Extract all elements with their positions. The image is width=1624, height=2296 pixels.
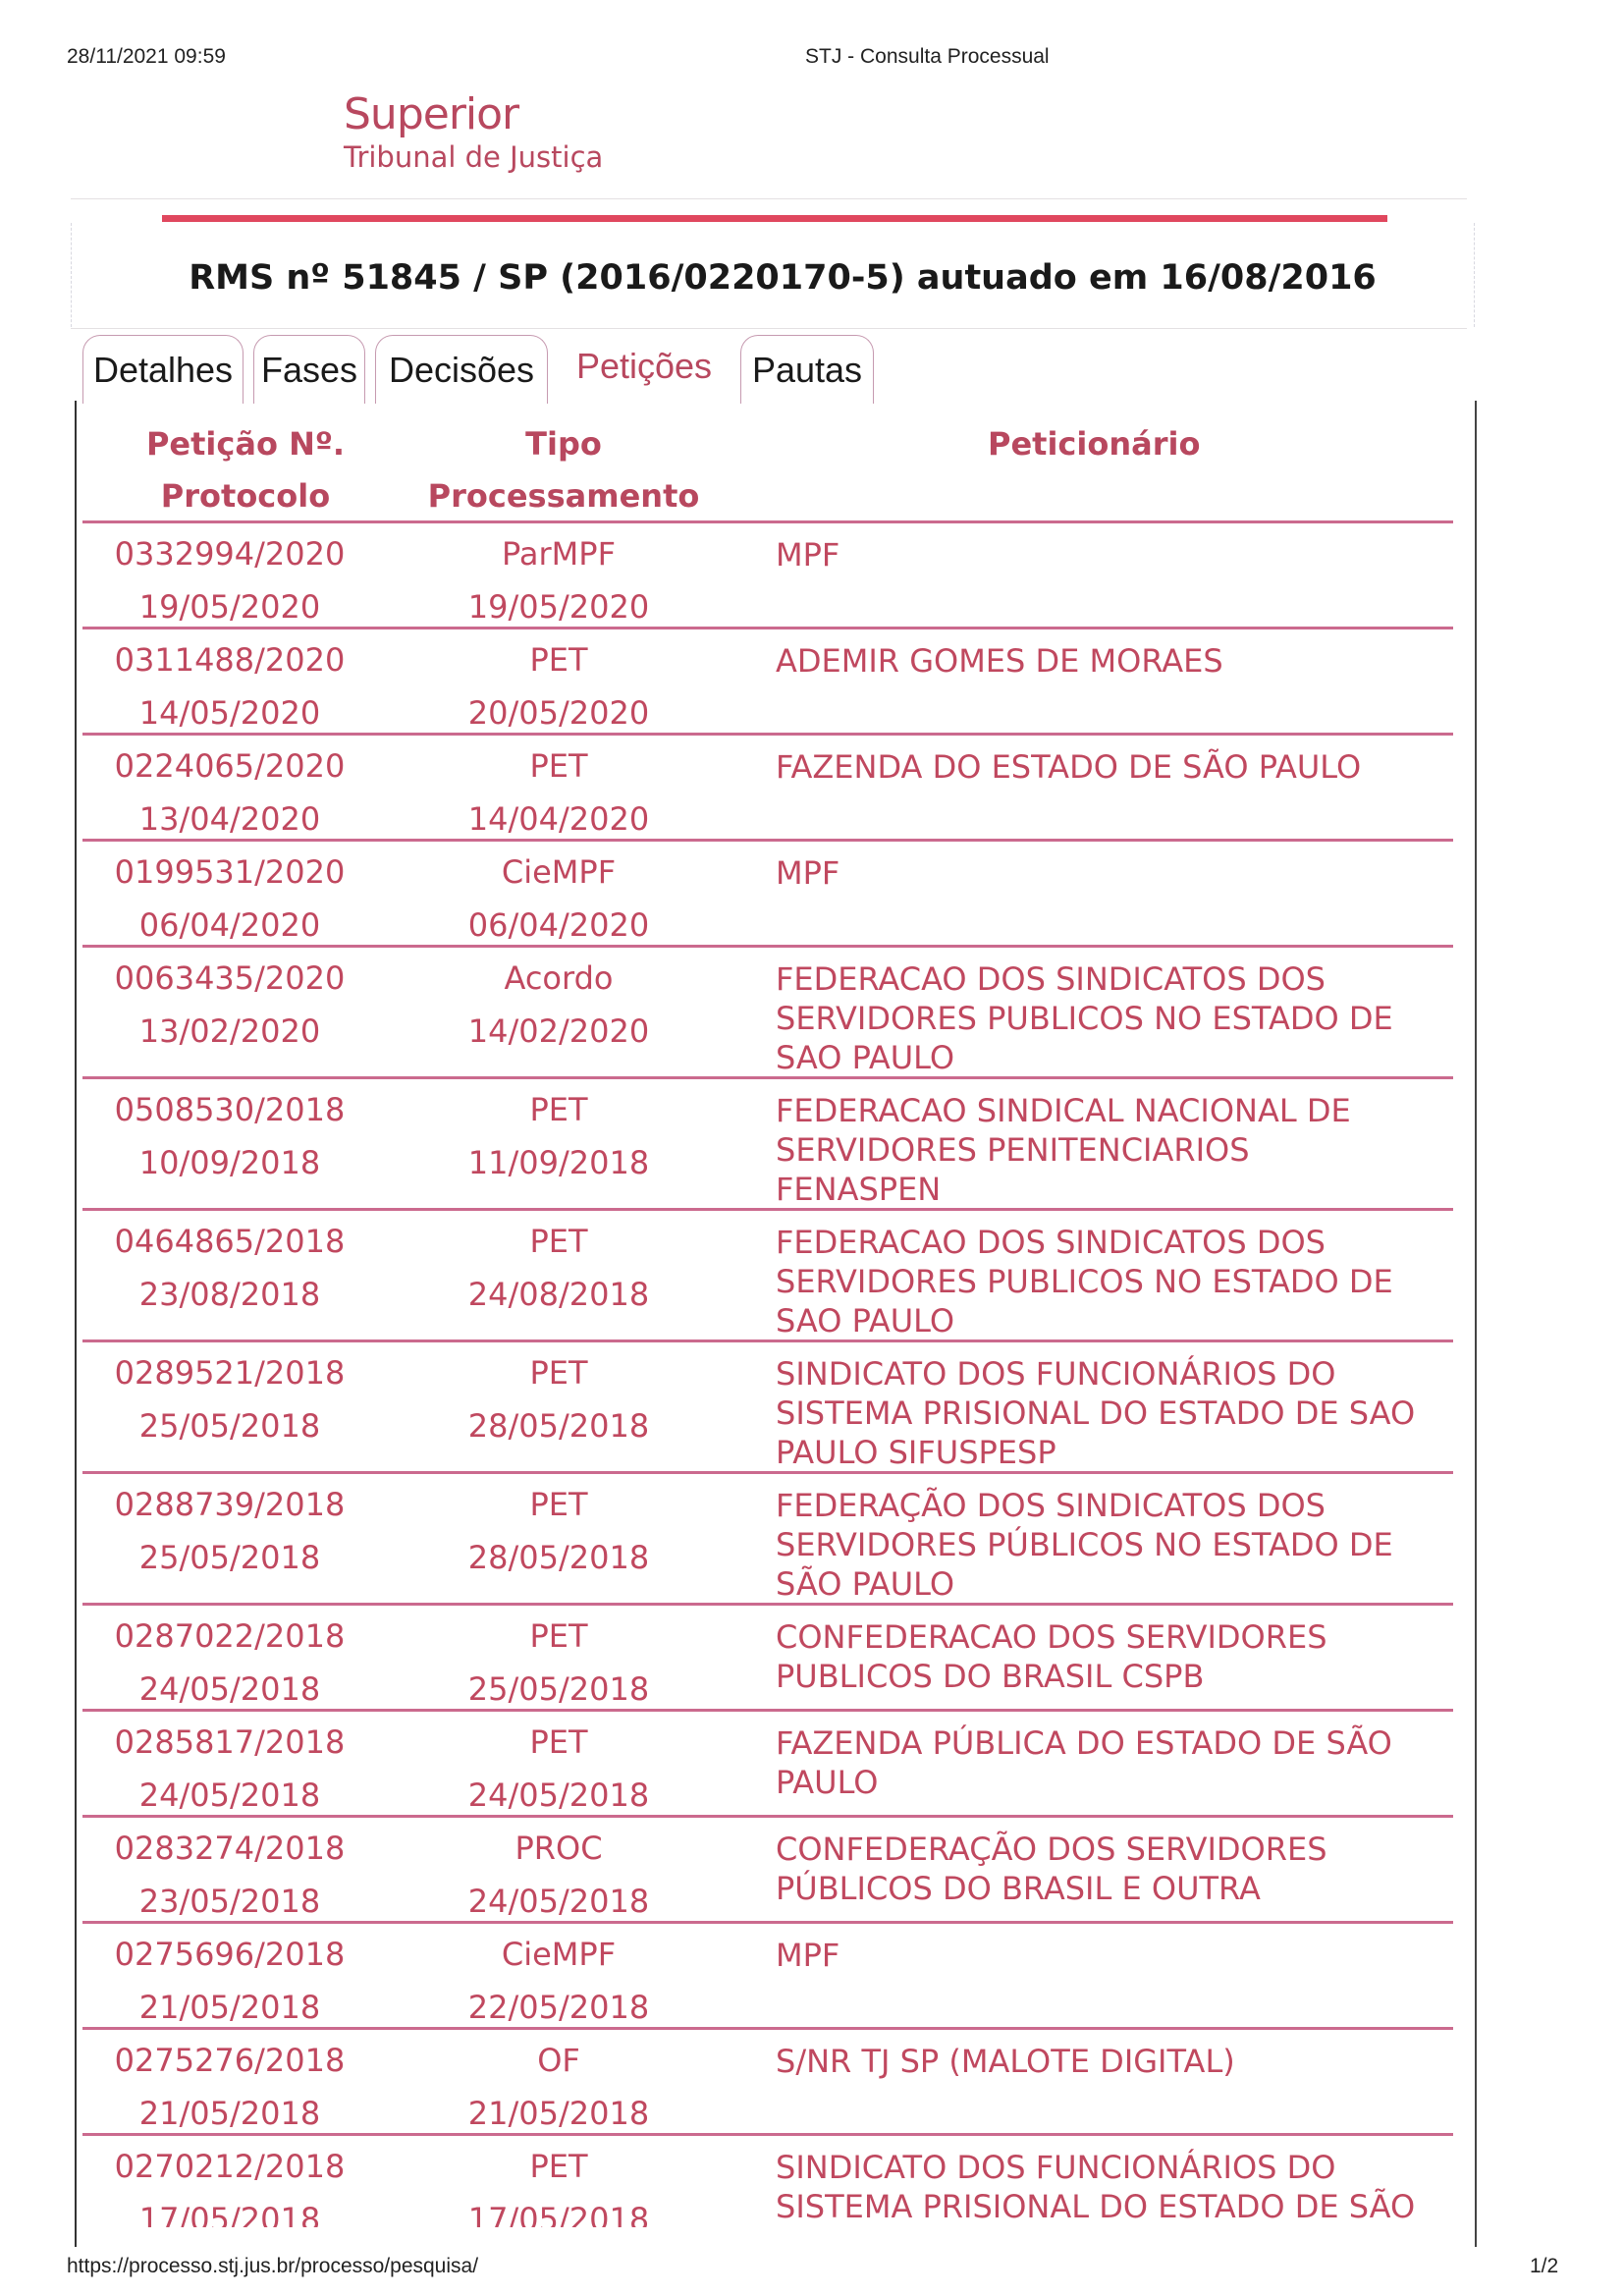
header-peticionario: Peticionário <box>988 425 1204 463</box>
petition-number[interactable]: 0289521/2018 <box>82 1354 377 1392</box>
table-row[interactable]: 0508530/201810/09/2018PET11/09/2018FEDER… <box>82 1079 1453 1208</box>
protocol-date: 13/04/2020 <box>82 800 377 838</box>
protocol-date: 10/09/2018 <box>82 1144 377 1181</box>
protocol-date: 21/05/2018 <box>82 1989 377 2026</box>
petition-number[interactable]: 0283274/2018 <box>82 1830 377 1867</box>
processing-date: 22/05/2018 <box>416 1989 701 2026</box>
petition-type: PET <box>416 1723 701 1761</box>
processing-date: 19/05/2020 <box>416 588 701 626</box>
divider <box>71 198 1467 199</box>
table-row[interactable]: 0270212/201817/05/2018PET17/05/2018SINDI… <box>82 2136 1453 2227</box>
petition-number[interactable]: 0287022/2018 <box>82 1617 377 1655</box>
petition-type: PET <box>416 2148 701 2185</box>
petition-type: PET <box>416 1617 701 1655</box>
protocol-date: 21/05/2018 <box>82 2095 377 2132</box>
petitioner: CONFEDERAÇÃO DOS SERVIDORES PÚBLICOS DO … <box>776 1830 1424 1908</box>
footer-url: https://processo.stj.jus.br/processo/pes… <box>67 2255 478 2278</box>
tab-peticoes[interactable]: Petições <box>558 335 731 404</box>
processing-date: 21/05/2018 <box>416 2095 701 2132</box>
processing-date: 24/05/2018 <box>416 1883 701 1920</box>
processing-date: 25/05/2018 <box>416 1670 701 1708</box>
petition-number[interactable]: 0288739/2018 <box>82 1486 377 1523</box>
petitioner: MPF <box>776 1936 1424 1975</box>
print-datetime: 28/11/2021 09:59 <box>67 45 226 69</box>
petition-type: PET <box>416 641 701 679</box>
petition-type: PET <box>416 1091 701 1128</box>
petitioner: ADEMIR GOMES DE MORAES <box>776 641 1424 681</box>
processing-date: 11/09/2018 <box>416 1144 701 1181</box>
stj-logo[interactable]: Superior Tribunal de Justiça <box>344 90 603 175</box>
petitioner: SINDICATO DOS FUNCIONÁRIOS DO SISTEMA PR… <box>776 2148 1424 2227</box>
petition-type: ParMPF <box>416 535 701 573</box>
tab-decisoes[interactable]: Decisões <box>375 335 548 404</box>
protocol-date: 14/05/2020 <box>82 694 377 732</box>
petition-number[interactable]: 0464865/2018 <box>82 1223 377 1260</box>
petitioner: FEDERACAO SINDICAL NACIONAL DE SERVIDORE… <box>776 1091 1424 1209</box>
protocol-date: 24/05/2018 <box>82 1670 377 1708</box>
brand-accent-bar <box>162 215 1387 222</box>
tab-detalhes[interactable]: Detalhes <box>82 335 244 404</box>
table-row[interactable]: 0224065/202013/04/2020PET14/04/2020FAZEN… <box>82 736 1453 839</box>
case-title-box: RMS nº 51845 / SP (2016/0220170-5) autua… <box>71 223 1475 327</box>
processing-date: 24/08/2018 <box>416 1276 701 1313</box>
petitioner: MPF <box>776 535 1424 574</box>
page-number: 1/2 <box>1530 2255 1558 2278</box>
table-row[interactable]: 0283274/201823/05/2018PROC24/05/2018CONF… <box>82 1818 1453 1921</box>
processing-date: 24/05/2018 <box>416 1777 701 1814</box>
protocol-date: 13/02/2020 <box>82 1012 377 1050</box>
protocol-date: 24/05/2018 <box>82 1777 377 1814</box>
petitioner: FEDERAÇÃO DOS SINDICATOS DOS SERVIDORES … <box>776 1486 1424 1604</box>
petition-type: CieMPF <box>416 853 701 891</box>
petitioner: FEDERACAO DOS SINDICATOS DOS SERVIDORES … <box>776 1223 1424 1340</box>
divider <box>71 328 1467 329</box>
table-row[interactable]: 0332994/202019/05/2020ParMPF19/05/2020MP… <box>82 523 1453 627</box>
table-row[interactable]: 0287022/201824/05/2018PET25/05/2018CONFE… <box>82 1606 1453 1709</box>
table-row[interactable]: 0288739/201825/05/2018PET28/05/2018FEDER… <box>82 1474 1453 1603</box>
petition-number[interactable]: 0063435/2020 <box>82 959 377 997</box>
protocol-date: 23/05/2018 <box>82 1883 377 1920</box>
print-header: 28/11/2021 09:59 STJ - Consulta Processu… <box>0 45 1624 75</box>
protocol-date: 17/05/2018 <box>82 2201 377 2227</box>
petition-type: PET <box>416 1354 701 1392</box>
header-tipo: Tipo <box>416 425 711 463</box>
petition-type: PET <box>416 1223 701 1260</box>
petition-number[interactable]: 0275276/2018 <box>82 2042 377 2079</box>
logo-line-tribunal: Tribunal de Justiça <box>344 139 603 175</box>
table-row[interactable]: 0275696/201821/05/2018CieMPF22/05/2018MP… <box>82 1924 1453 2027</box>
petition-number[interactable]: 0332994/2020 <box>82 535 377 573</box>
protocol-date: 25/05/2018 <box>82 1407 377 1445</box>
petition-type: OF <box>416 2042 701 2079</box>
petition-number[interactable]: 0275696/2018 <box>82 1936 377 1973</box>
petition-type: PET <box>416 747 701 785</box>
petition-type: PROC <box>416 1830 701 1867</box>
table-row[interactable]: 0275276/201821/05/2018OF21/05/2018S/NR T… <box>82 2030 1453 2133</box>
processing-date: 14/04/2020 <box>416 800 701 838</box>
petition-type: CieMPF <box>416 1936 701 1973</box>
petition-number[interactable]: 0224065/2020 <box>82 747 377 785</box>
table-row[interactable]: 0311488/202014/05/2020PET20/05/2020ADEMI… <box>82 629 1453 733</box>
petition-number[interactable]: 0199531/2020 <box>82 853 377 891</box>
petitioner: S/NR TJ SP (MALOTE DIGITAL) <box>776 2042 1424 2081</box>
table-row[interactable]: 0285817/201824/05/2018PET24/05/2018FAZEN… <box>82 1712 1453 1815</box>
petitioner: FAZENDA PÚBLICA DO ESTADO DE SÃO PAULO <box>776 1723 1424 1802</box>
petition-type: Acordo <box>416 959 701 997</box>
header-processamento: Processamento <box>416 477 711 515</box>
petitioner: FAZENDA DO ESTADO DE SÃO PAULO <box>776 747 1424 787</box>
logo-line-superior: Superior <box>344 90 603 139</box>
case-title: RMS nº 51845 / SP (2016/0220170-5) autua… <box>72 258 1474 298</box>
table-row[interactable]: 0063435/202013/02/2020Acordo14/02/2020FE… <box>82 948 1453 1076</box>
petitioner: SINDICATO DOS FUNCIONÁRIOS DO SISTEMA PR… <box>776 1354 1424 1472</box>
protocol-date: 25/05/2018 <box>82 1539 377 1576</box>
petition-type: PET <box>416 1486 701 1523</box>
processing-date: 17/05/2018 <box>416 2201 701 2227</box>
table-row[interactable]: 0289521/201825/05/2018PET28/05/2018SINDI… <box>82 1342 1453 1471</box>
table-row[interactable]: 0464865/201823/08/2018PET24/08/2018FEDER… <box>82 1211 1453 1339</box>
tab-pautas[interactable]: Pautas <box>740 335 874 404</box>
petitions-table: 0332994/202019/05/2020ParMPF19/05/2020MP… <box>82 520 1453 2227</box>
petitioner: FEDERACAO DOS SINDICATOS DOS SERVIDORES … <box>776 959 1424 1077</box>
protocol-date: 23/08/2018 <box>82 1276 377 1313</box>
petition-number[interactable]: 0508530/2018 <box>82 1091 377 1128</box>
protocol-date: 19/05/2020 <box>82 588 377 626</box>
print-page-title: STJ - Consulta Processual <box>805 45 1050 69</box>
tab-fases[interactable]: Fases <box>253 335 365 404</box>
petition-number[interactable]: 0285817/2018 <box>82 1723 377 1761</box>
petitioner: MPF <box>776 853 1424 893</box>
petition-number[interactable]: 0311488/2020 <box>82 641 377 679</box>
processing-date: 20/05/2020 <box>416 694 701 732</box>
header-protocolo: Protocolo <box>98 477 393 515</box>
processing-date: 14/02/2020 <box>416 1012 701 1050</box>
petition-number[interactable]: 0270212/2018 <box>82 2148 377 2185</box>
header-peticao-numero: Petição Nº. <box>98 425 393 463</box>
protocol-date: 06/04/2020 <box>82 906 377 944</box>
processing-date: 28/05/2018 <box>416 1539 701 1576</box>
processing-date: 28/05/2018 <box>416 1407 701 1445</box>
table-row[interactable]: 0199531/202006/04/2020CieMPF06/04/2020MP… <box>82 842 1453 945</box>
petitioner: CONFEDERACAO DOS SERVIDORES PUBLICOS DO … <box>776 1617 1424 1696</box>
processing-date: 06/04/2020 <box>416 906 701 944</box>
